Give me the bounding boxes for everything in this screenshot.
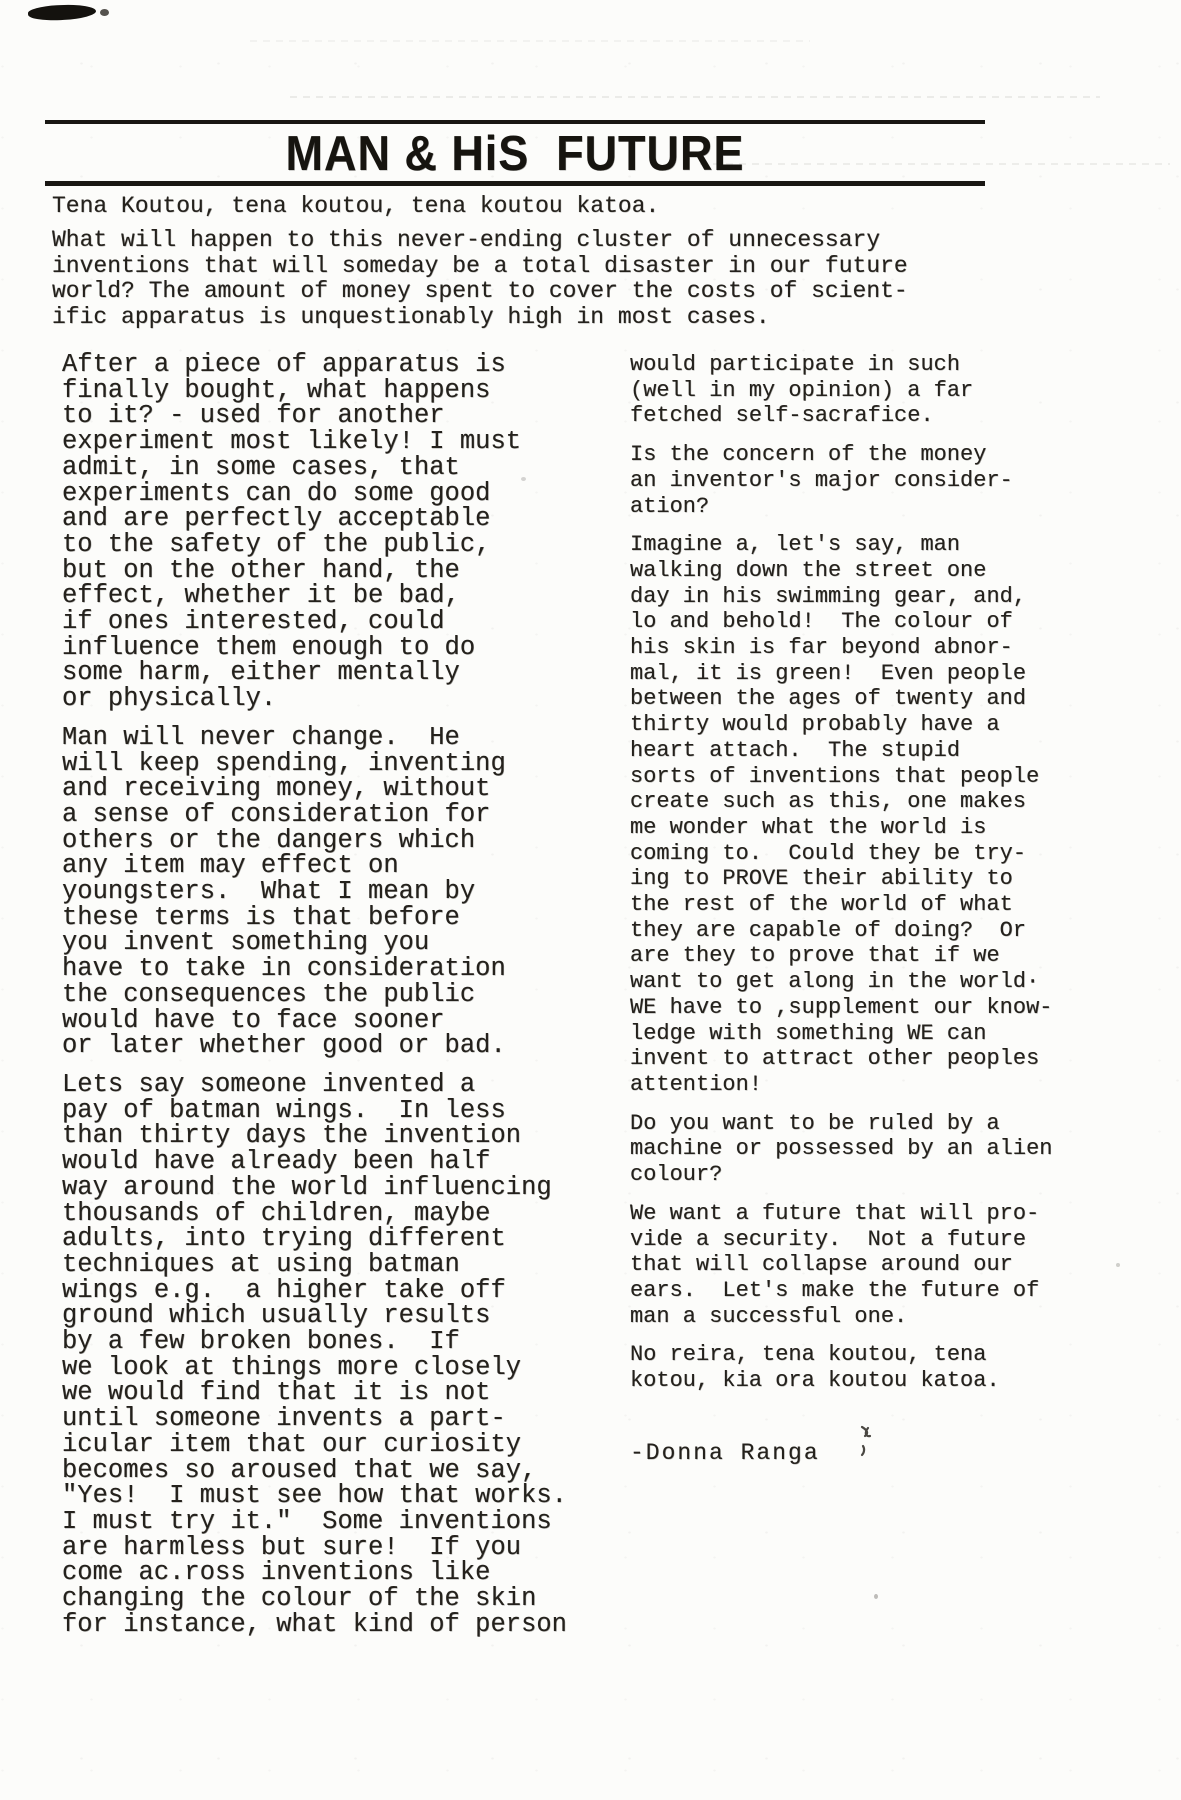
ink-speck: [100, 9, 109, 16]
typewritten-paragraph: Do you want to be ruled by a machine or …: [630, 1111, 1100, 1188]
greeting-line: Tena Koutou, tena koutou, tena koutou ka…: [52, 193, 659, 219]
header-top-rule: [45, 120, 985, 124]
typewritten-paragraph: would participate in such (well in my op…: [630, 352, 1100, 429]
paper-speck: [1116, 1263, 1120, 1267]
ink-squiggle-icon: [853, 1424, 879, 1458]
paper-speck: [874, 1594, 878, 1599]
scan-artifact-line: [250, 40, 810, 42]
typewritten-paragraph: Lets say someone invented a pay of batma…: [62, 1072, 582, 1637]
scanned-document-page: MAN & HiS FUTURE Tena Koutou, tena kouto…: [0, 0, 1181, 1800]
intro-paragraph: What will happen to this never-ending cl…: [52, 228, 908, 331]
header-bottom-rule: [45, 181, 985, 186]
typewritten-paragraph: Imagine a, let's say, man walking down t…: [630, 532, 1100, 1097]
right-column: would participate in such (well in my op…: [630, 352, 1100, 1407]
scan-artifact-line: [290, 96, 1100, 98]
typewritten-paragraph: We want a future that will pro- vide a s…: [630, 1201, 1100, 1330]
typewritten-paragraph: After a piece of apparatus is finally bo…: [62, 352, 582, 712]
typewritten-paragraph: No reira, tena koutou, tena kotou, kia o…: [630, 1342, 1100, 1393]
left-column: After a piece of apparatus is finally bo…: [62, 352, 582, 1650]
typewritten-paragraph: Man will never change. He will keep spen…: [62, 725, 582, 1059]
ink-blot: [28, 3, 97, 22]
typewritten-paragraph: Is the concern of the money an inventor'…: [630, 442, 1100, 519]
paper-speck: [521, 477, 526, 481]
page-title: MAN & HiS FUTURE: [41, 128, 989, 180]
signature-line: -Donna Ranga: [630, 1440, 820, 1466]
